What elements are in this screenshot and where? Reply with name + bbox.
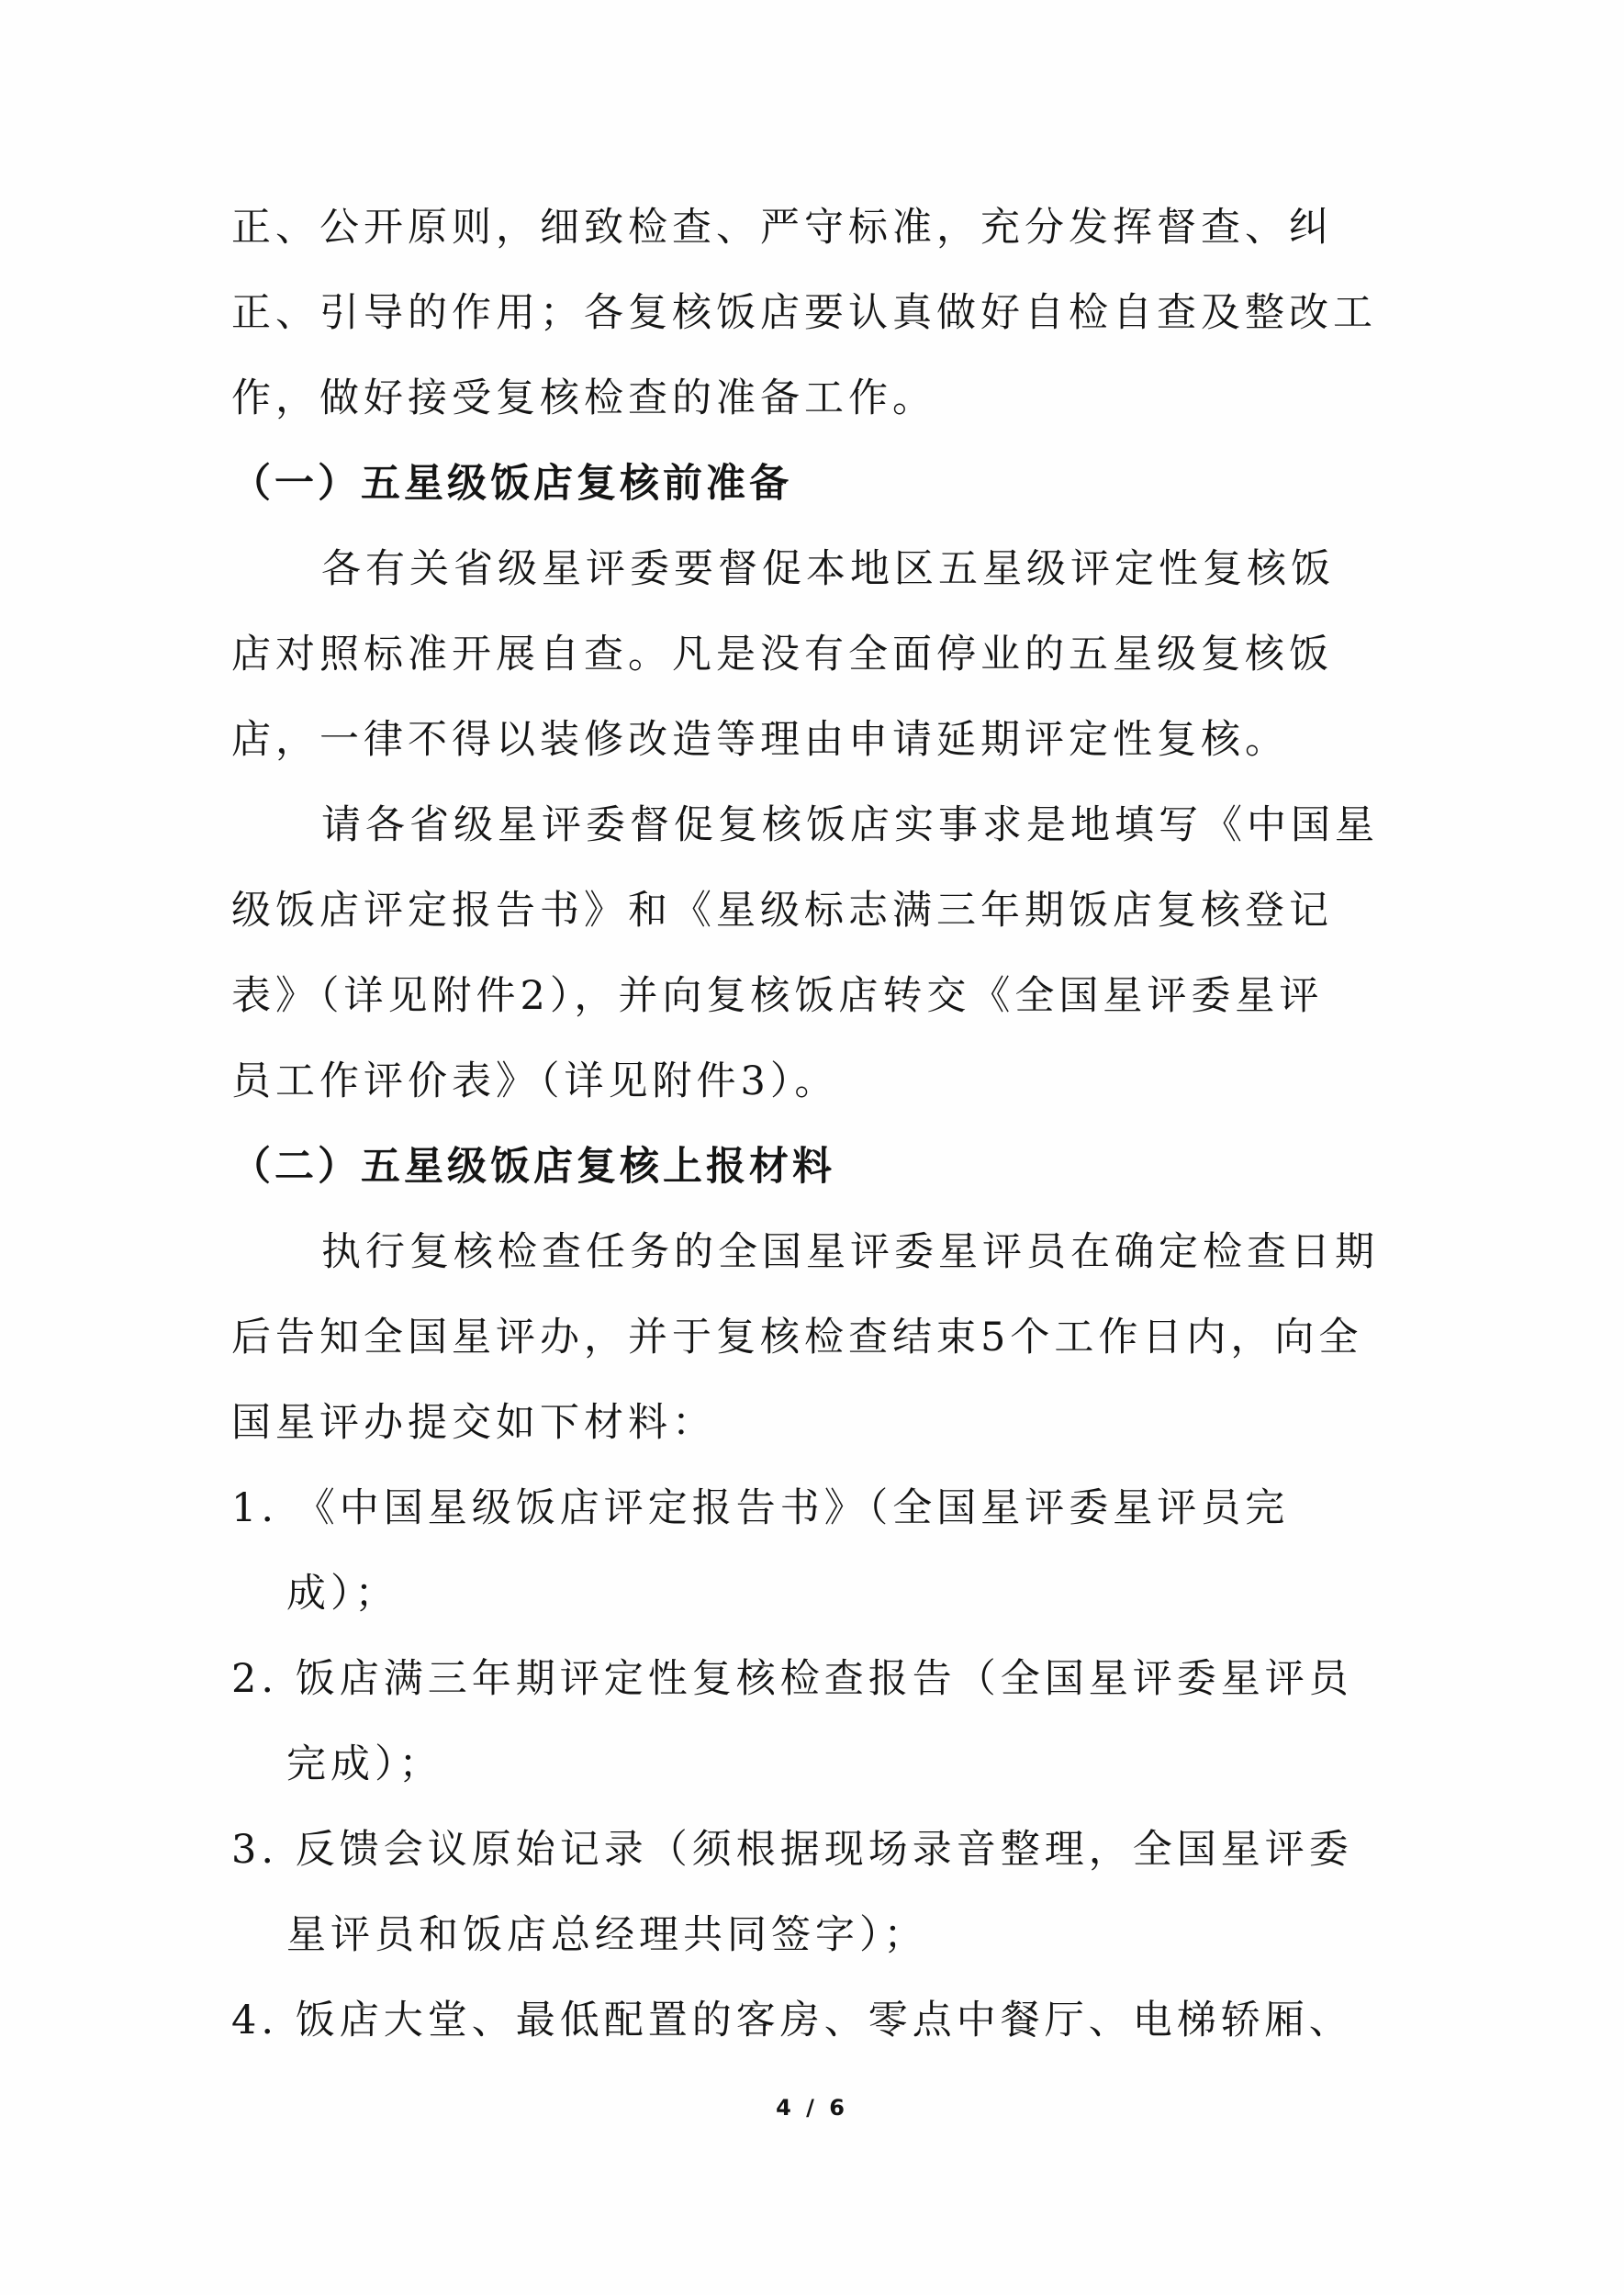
paragraph-line: 各有关省级星评委要督促本地区五星级评定性复核饭 [321, 542, 1335, 597]
paragraph-line: 员工作评价表》（详见附件3）。 [231, 1054, 838, 1109]
paragraph-line: 表》（详见附件2），并向复核饭店转交《全国星评委星评 [231, 968, 1323, 1024]
body-text-line: 作，做好接受复核检查的准备工作。 [231, 371, 936, 426]
list-item-1: 1. 《中国星级饭店评定报告书》（全国星评委星评员完 [231, 1481, 1289, 1536]
list-item-4: 4. 饭店大堂、最低配置的客房、零点中餐厅、电梯轿厢、 [231, 1993, 1353, 2048]
section-heading-1: （一）五星级饭店复核前准备 [231, 456, 792, 511]
section-heading-2: （二）五星级饭店复核上报材料 [231, 1139, 835, 1194]
paragraph-line: 国星评办提交如下材料： [231, 1395, 716, 1450]
document-page: 正、公开原则，细致检查、严守标准，充分发挥督查、纠 正、引导的作用；各复核饭店要… [0, 0, 1624, 2295]
paragraph-line: 级饭店评定报告书》和《星级标志满三年期饭店复核登记 [231, 883, 1333, 938]
list-item-3: 3. 反馈会议原始记录（须根据现场录音整理，全国星评委 [231, 1822, 1353, 1877]
paragraph-line: 执行复核检查任务的全国星评委星评员在确定检查日期 [321, 1225, 1379, 1280]
list-item-2-cont: 完成）； [286, 1737, 443, 1792]
paragraph-line: 后告知全国星评办，并于复核检查结束5个工作日内，向全 [231, 1310, 1362, 1365]
page-number: 4 / 6 [0, 2095, 1624, 2121]
list-item-2: 2. 饭店满三年期评定性复核检查报告（全国星评委星评员 [231, 1651, 1353, 1707]
list-item-1-cont: 成）； [286, 1566, 399, 1621]
body-text-line: 正、公开原则，细致检查、严守标准，充分发挥督查、纠 [231, 200, 1333, 255]
paragraph-line: 店，一律不得以装修改造等理由申请延期评定性复核。 [231, 712, 1289, 767]
list-item-3-cont: 星评员和饭店总经理共同签字）； [286, 1908, 928, 1963]
paragraph-line: 请各省级星评委督促复核饭店实事求是地填写《中国星 [321, 798, 1379, 853]
paragraph-line: 店对照标准开展自查。凡是没有全面停业的五星级复核饭 [231, 627, 1333, 682]
body-text-line: 正、引导的作用；各复核饭店要认真做好自检自查及整改工 [231, 285, 1377, 341]
